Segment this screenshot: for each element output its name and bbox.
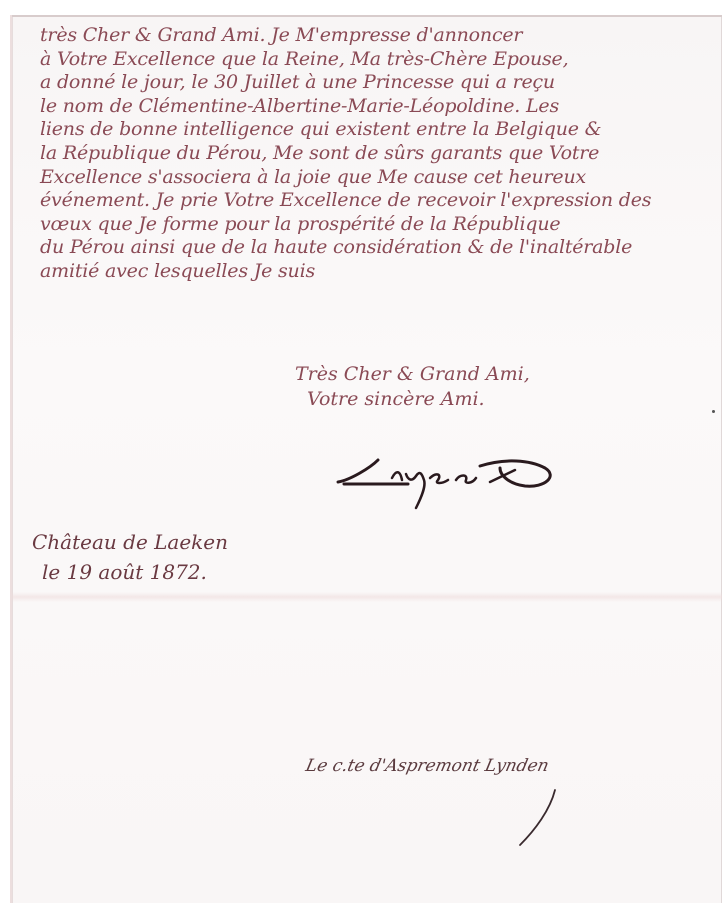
paper-speck bbox=[712, 410, 715, 413]
body-line: le nom de Clémentine-Albertine-Marie-Léo… bbox=[40, 95, 700, 119]
body-line: la République du Pérou, Me sont de sûrs … bbox=[40, 142, 700, 166]
letter-closing: Très Cher & Grand Ami, Votre sincère Ami… bbox=[295, 362, 530, 412]
body-line: très Cher & Grand Ami. Je M'empresse d'a… bbox=[40, 24, 700, 48]
paper-fold-crease bbox=[12, 592, 722, 602]
body-line: a donné le jour, le 30 Juillet à une Pri… bbox=[40, 71, 700, 95]
signature-scrawl-icon bbox=[330, 440, 590, 510]
countersignature: Le c.te d'Aspremont Lynden bbox=[300, 750, 590, 850]
place-text: Château de Laeken bbox=[32, 530, 228, 554]
body-line: du Pérou ainsi que de la haute considéra… bbox=[40, 236, 700, 260]
date-text: le 19 août 1872. bbox=[32, 557, 228, 587]
body-line: amitié avec lesquelles Je suis bbox=[40, 260, 700, 284]
body-line: Excellence s'associera à la joie que Me … bbox=[40, 166, 700, 190]
body-line: à Votre Excellence que la Reine, Ma très… bbox=[40, 48, 700, 72]
place-and-date: Château de Laeken le 19 août 1872. bbox=[32, 527, 228, 587]
countersign-flourish-icon bbox=[300, 750, 590, 850]
body-line: événement. Je prie Votre Excellence de r… bbox=[40, 189, 700, 213]
letter-body: très Cher & Grand Ami. Je M'empresse d'a… bbox=[40, 24, 700, 284]
royal-signature bbox=[330, 440, 590, 510]
body-line: liens de bonne intelligence qui existent… bbox=[40, 118, 700, 142]
body-line: vœux que Je forme pour la prospérité de … bbox=[40, 213, 700, 237]
closing-salutation: Très Cher & Grand Ami, bbox=[295, 363, 530, 385]
closing-valediction: Votre sincère Ami. bbox=[295, 387, 530, 412]
